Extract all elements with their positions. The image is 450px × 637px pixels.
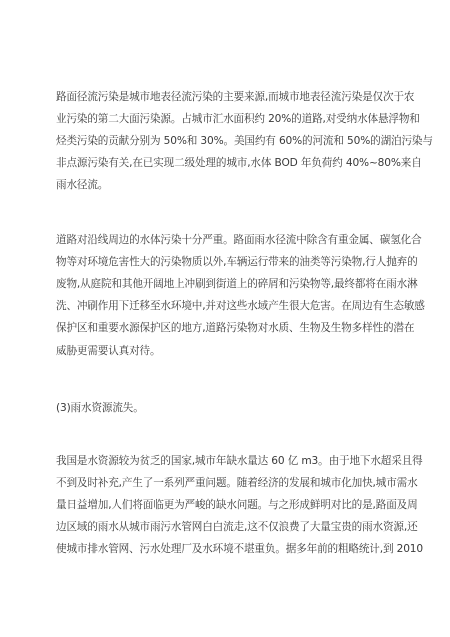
text-line: 道路对沿线周边的水体污染十分严重。路面雨水径流中除含有重金属、碳氢化合 bbox=[56, 233, 396, 247]
text-line: 物等对环境危害性大的污染物质以外,车辆运行带来的油类等污染物,行人抛弃的 bbox=[56, 255, 396, 269]
text-line: 雨水径流。 bbox=[56, 178, 396, 192]
text-line: 业污染的第二大面污染源。占城市汇水面积约 20%的道路,对受纳水体悬浮物和 bbox=[56, 112, 396, 126]
text-line: 路面径流污染是城市地表径流污染的主要来源,而城市地表径流污染是仅次于农 bbox=[56, 90, 396, 104]
text-line: 量日益增加,人们将面临更为严峻的缺水问题。与之形成鲜明对比的是,路面及周 bbox=[56, 498, 396, 512]
text-line: 非点源污染有关,在已实现二级处理的城市,水体 BOD 年负荷约 40%~80%来… bbox=[56, 156, 396, 170]
text-line: 保护区和重要水源保护区的地方,道路污染物对水质、生物及生物多样性的潜在 bbox=[56, 321, 396, 335]
text-line: 边区域的雨水从城市雨污水管网白白流走,这不仅浪费了大量宝贵的雨水资源,还 bbox=[56, 520, 396, 534]
text-line: 不到及时补充,产生了一系列严重问题。随着经济的发展和城市化加快,城市需水 bbox=[56, 476, 396, 490]
text-line: 烃类污染的贡献分别为 50%和 30%。美国约有 60%的河流和 50%的湖泊污… bbox=[56, 134, 396, 148]
document-page: 路面径流污染是城市地表径流污染的主要来源,而城市地表径流污染是仅次于农 业污染的… bbox=[0, 0, 450, 637]
text-line: 洗、冲刷作用下迁移至水环境中,并对这些水域产生很大危害。在周边有生态敏感 bbox=[56, 299, 396, 313]
text-line: 威胁更需要认真对待。 bbox=[56, 344, 396, 358]
text-line: 使城市排水管网、污水处理厂及水环境不堪重负。据多年前的粗略统计,到 2010 bbox=[56, 542, 396, 556]
text-line: 我国是水资源较为贫乏的国家,城市年缺水量达 60 亿 m3。由于地下水超采且得 bbox=[56, 454, 396, 468]
text-line: 废物,从庭院和其他开阔地上冲刷到街道上的碎屑和污染物等,最终都将在雨水淋 bbox=[56, 277, 396, 291]
heading-text: (3)雨水资源流失。 bbox=[56, 401, 396, 415]
